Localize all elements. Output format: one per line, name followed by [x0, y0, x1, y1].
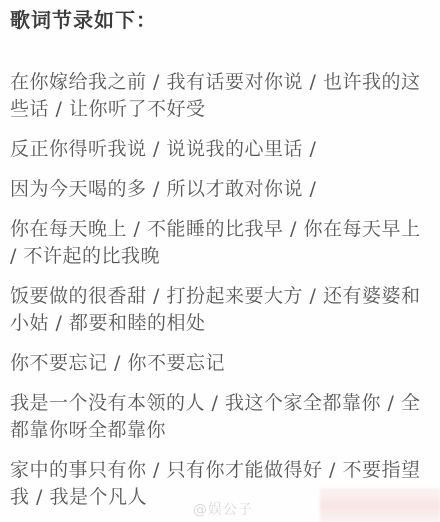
lyric-line: 你不要忘记 / 你不要忘记	[10, 350, 430, 377]
lyrics-page: 歌词节录如下： 在你嫁给我之前 / 我有话要对你说 / 也许我的这些话 / 让你…	[0, 0, 440, 522]
watermark-text: @娱公子	[193, 499, 253, 519]
lyric-line: 我是一个没有本领的人 / 我这个家全都靠你 / 全都靠你呀全都靠你	[10, 390, 430, 444]
lyric-line: 因为今天喝的多 / 所以才敢对你说 /	[10, 176, 430, 203]
lyrics-list: 在你嫁给我之前 / 我有话要对你说 / 也许我的这些话 / 让你听了不好受反正你…	[10, 69, 430, 511]
lyric-line: 你在每天晚上 / 不能睡的比我早 / 你在每天早上 / 不许起的比我晚	[10, 216, 430, 270]
lyric-line: 反正你得听我说 / 说说我的心里话 /	[10, 136, 430, 163]
page-title: 歌词节录如下：	[10, 7, 430, 34]
lyric-line: 在你嫁给我之前 / 我有话要对你说 / 也许我的这些话 / 让你听了不好受	[10, 69, 430, 123]
lyric-line: 饭要做的很香甜 / 打扮起来要大方 / 还有婆婆和小姑 / 都要和睦的相处	[10, 283, 430, 337]
